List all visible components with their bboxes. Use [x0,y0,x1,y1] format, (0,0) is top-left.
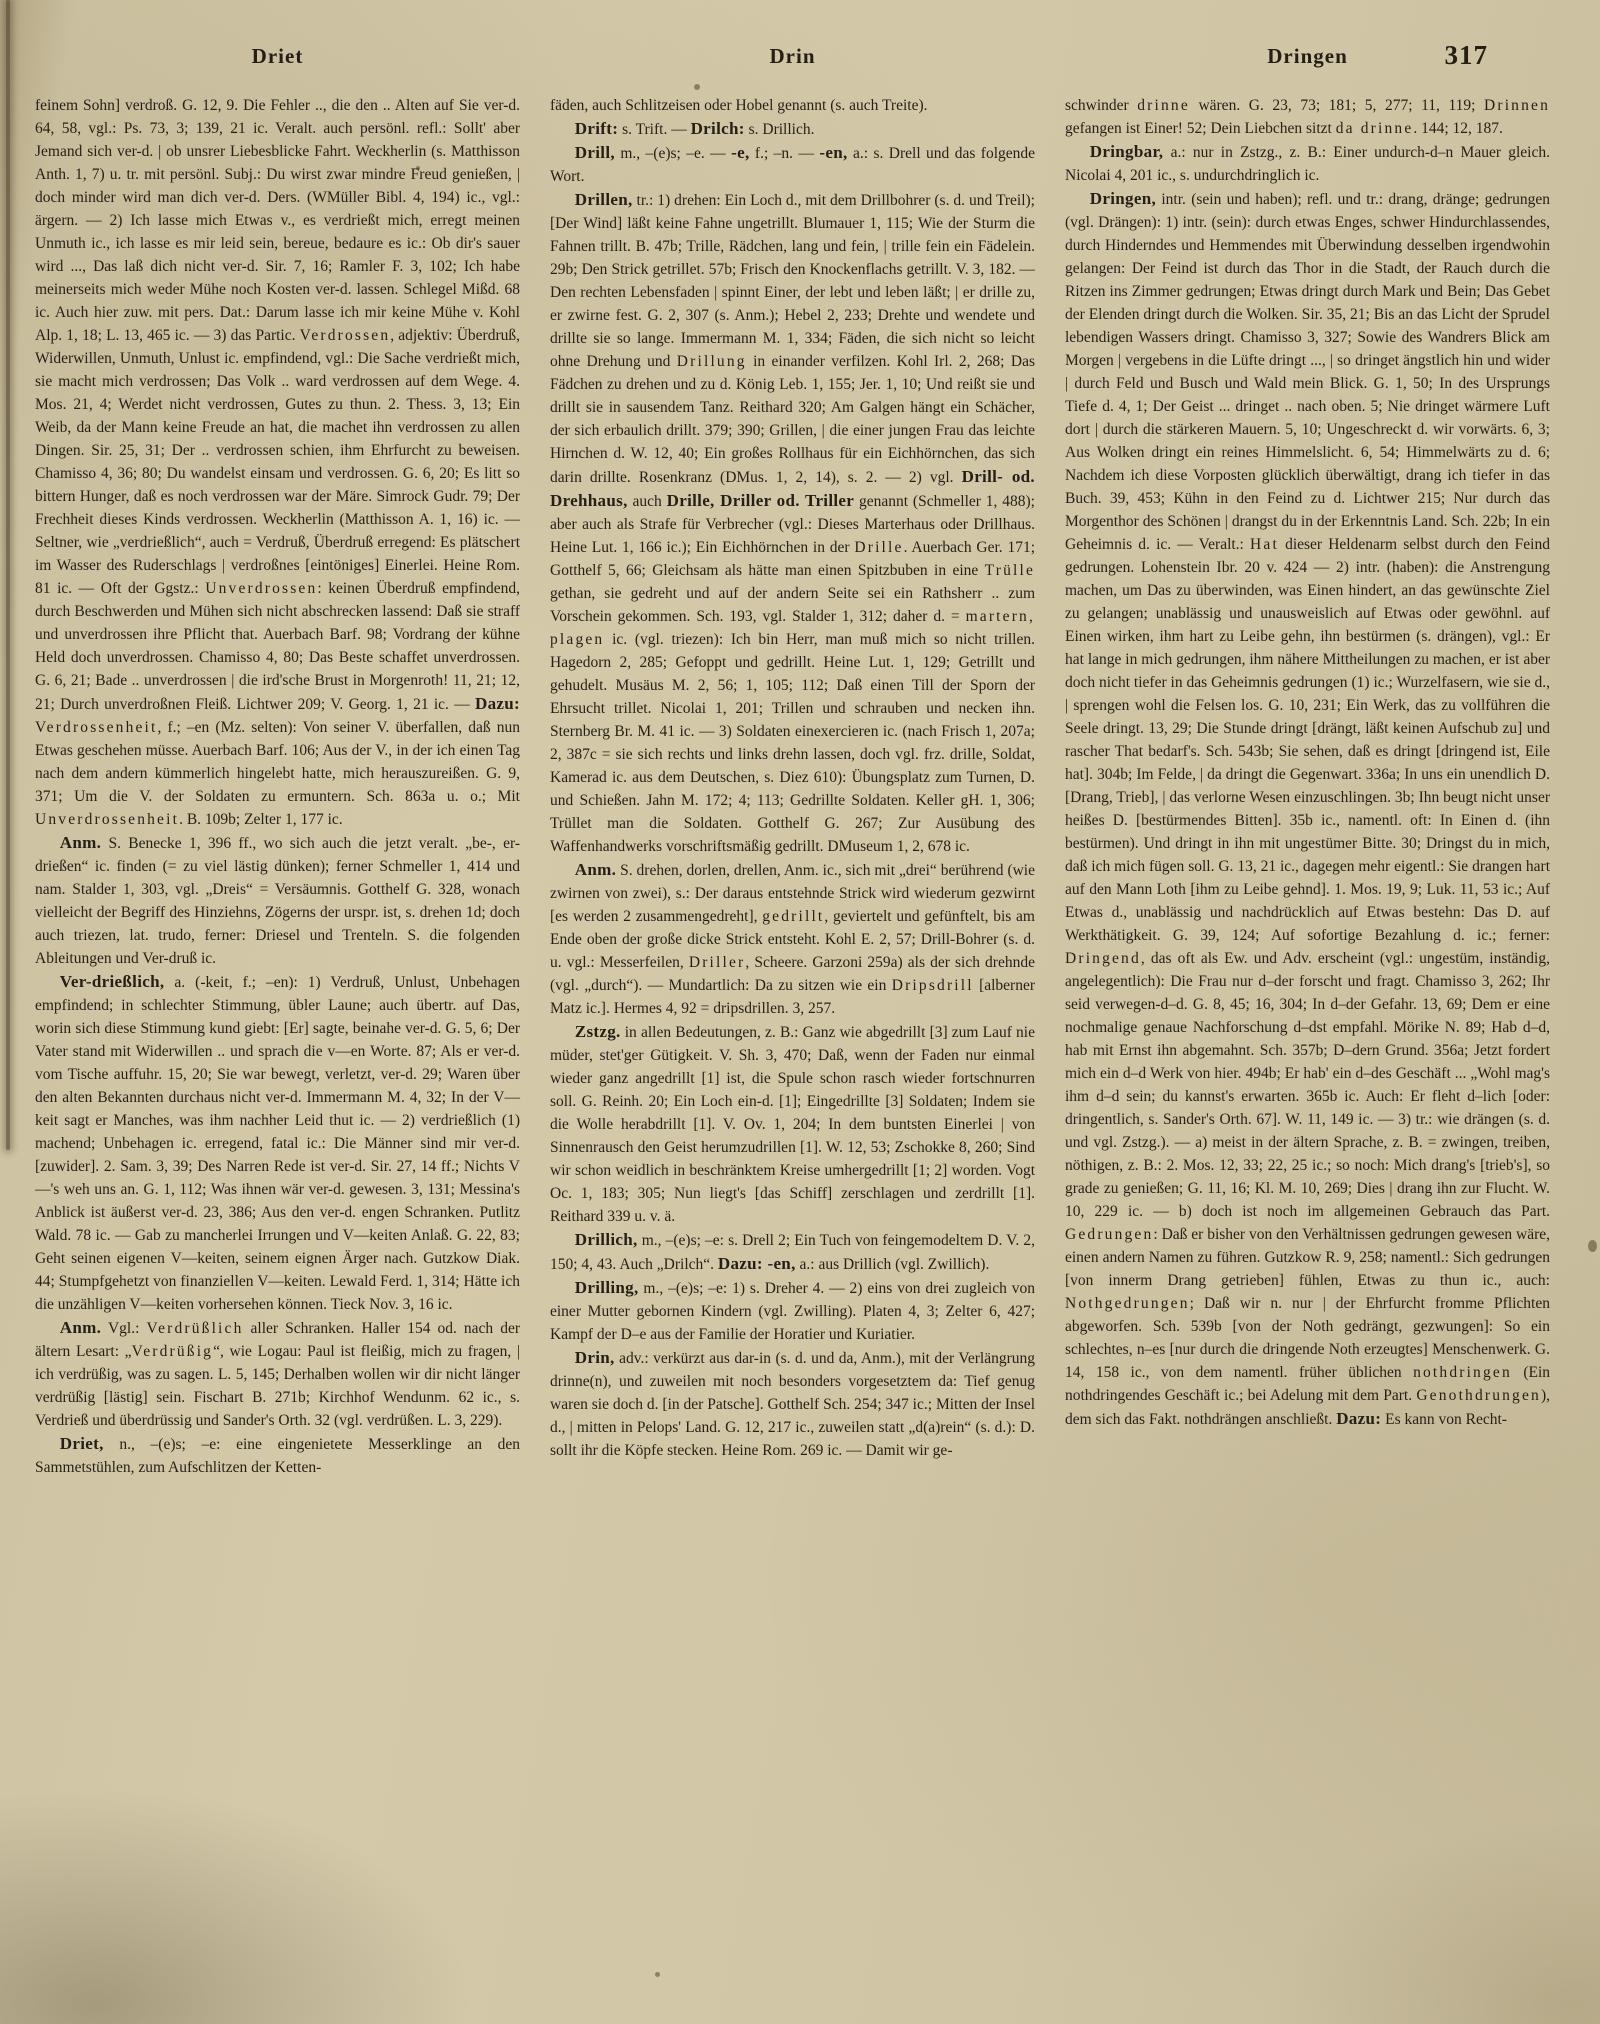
text-segment: Es kann von Recht- [1381,1411,1507,1428]
dictionary-paragraph: schwinder drinne wären. G. 23, 73; 181; … [1065,94,1550,140]
text-segment: schwinder [1065,97,1137,114]
scanned-page-background: Driet Drin Dringen 317 feinem Sohn] verd… [0,0,1600,2024]
text-segment: ic. (vgl. triezen): Ich bin Herr, man mu… [550,631,1035,855]
page-number: 317 [1445,40,1489,71]
dictionary-paragraph: Anm. S. drehen, dorlen, drellen, Anm. ic… [550,858,1035,1020]
text-segment: gethan, sie gedreht und auf der andern S… [550,585,1035,625]
entry-headword: Drilch: [691,119,745,138]
text-segment: Verdrüßig [132,1343,214,1360]
text-segment: . 144; 12, 187. [1413,120,1503,137]
text-segment: Verdrossenheit [35,719,158,736]
text-segment: s. Drillich. [745,121,815,138]
text-segment: Gedrungen [1065,1226,1153,1243]
dictionary-paragraph: Drillen, tr.: 1) drehen: Ein Loch d., mi… [550,188,1035,858]
text-segment: nothdringen [1413,1364,1512,1381]
running-head: Driet Drin Dringen [35,44,1550,80]
ink-speck [694,84,700,90]
text-segment: intr. (sein und haben); refl. und tr.: d… [1065,191,1550,553]
text-segment: a. (-keit, f.; –en): 1) Verdruß, Unlust,… [35,974,520,1313]
entry-headword: Dringbar, [1090,142,1164,161]
entry-headword: Drin, [575,1348,615,1367]
dictionary-paragraph: Anm. S. Benecke 1, 396 ff., wo sich auch… [35,831,520,970]
text-segment: a.: aus Drillich (vgl. Zwillich). [796,1256,990,1273]
text-segment: Dringend [1065,950,1141,967]
entry-headword: Drillen, [575,190,633,209]
text-segment: Trülle [985,562,1035,579]
text-segment: Dripsdrill [892,977,974,994]
text-segment: drinne [1137,97,1190,114]
text-segment: Drille [854,539,903,556]
dictionary-paragraph: Anm. Vgl.: Verdrüßlich aller Schranken. … [35,1316,520,1432]
text-segment: Verdrossen [300,327,391,344]
entry-headword: Drillich, [575,1230,638,1249]
text-segment: auch [628,493,667,510]
entry-headword: Zstzg. [575,1022,621,1041]
dictionary-paragraph: Drin, adv.: verkürzt aus dar-in (s. d. u… [550,1346,1035,1462]
dictionary-text-columns: feinem Sohn] verdroß. G. 12, 9. Die Fehl… [35,94,1550,1479]
text-segment: , das oft als Ew. und Adv. erscheint (vg… [1065,950,1550,1220]
entry-headword: Drille, Driller od. Triller [667,491,854,510]
dictionary-paragraph: Drilling, m., –(e)s; –e: 1) s. Dreher 4.… [550,1276,1035,1346]
text-segment: , adjektiv: Überdruß, Widerwillen, Unmut… [35,327,520,597]
entry-headword: Dringen, [1090,189,1156,208]
text-segment: gefangen ist Einer! 52; Dein Liebchen si… [1065,120,1336,137]
entry-headword: Drift: [575,119,618,138]
dictionary-paragraph: Drillich, m., –(e)s; –e: s. Drell 2; Ein… [550,1228,1035,1276]
dictionary-paragraph: Dringbar, a.: nur in Zstzg., z. B.: Eine… [1065,140,1550,187]
entry-headword: Ver-drießlich, [60,972,165,991]
column-left: feinem Sohn] verdroß. G. 12, 9. Die Fehl… [35,94,520,1479]
column-header-left: Driet [35,44,520,80]
entry-headword: -e, [731,143,749,162]
text-segment: Genothdrungen [1416,1387,1541,1404]
entry-headword: Driet, [60,1434,104,1453]
entry-headword: Anm. [575,860,616,879]
text-segment: Unverdrossen [205,580,317,597]
dictionary-paragraph: feinem Sohn] verdroß. G. 12, 9. Die Fehl… [35,94,520,831]
text-segment: . B. 109b; Zelter 1, 177 ic. [179,811,343,828]
dictionary-paragraph: Zstzg. in allen Bedeutungen, z. B.: Ganz… [550,1020,1035,1228]
dictionary-paragraph: Drift: s. Trift. — Drilch: s. Drillich. [550,117,1035,141]
column-right: schwinder drinne wären. G. 23, 73; 181; … [1065,94,1550,1479]
text-segment: f.; –n. — [750,145,820,162]
text-segment: in allen Bedeutungen, z. B.: Ganz wie ab… [550,1024,1035,1225]
text-segment: da drinne [1336,120,1414,137]
text-segment: Drillung [677,353,747,370]
text-segment: feinem Sohn] verdroß. G. 12, 9. Die Fehl… [35,97,520,344]
text-segment: Verdrüßlich [146,1320,243,1337]
text-segment: s. Trift. — [618,121,690,138]
text-segment: adv.: verkürzt aus dar-in (s. d. und da,… [550,1350,1035,1459]
text-segment: Hat [1250,536,1279,553]
text-segment: tr.: 1) drehen: Ein Loch d., mit dem Dri… [550,192,1035,370]
text-segment: fäden, auch Schlitzeisen oder Hobel gena… [550,97,927,114]
column-header-center: Drin [550,44,1035,80]
entry-headword: Drill, [575,143,615,162]
entry-headword: Anm. [60,833,101,852]
text-segment: Nothgedrungen [1065,1295,1190,1312]
entry-headword: Dazu: [1336,1409,1381,1428]
text-segment: dieser Heldenarm selbst durch den Feind … [1065,536,1550,944]
text-segment: Vgl.: [101,1320,146,1337]
ink-speck [655,1972,660,1977]
text-segment: gedrillt [762,908,824,925]
ink-speck [1588,1240,1597,1252]
text-segment: Drinnen [1484,97,1550,114]
dictionary-paragraph: fäden, auch Schlitzeisen oder Hobel gena… [550,94,1035,117]
entry-headword: Anm. [60,1318,101,1337]
dictionary-paragraph: Drill, m., –(e)s; –e. — -e, f.; –n. — -e… [550,141,1035,188]
dictionary-paragraph: Ver-drießlich, a. (-keit, f.; –en): 1) V… [35,970,520,1316]
text-segment: Driller [689,954,746,971]
text-segment: n., –(e)s; –e: eine eingenietete Messerk… [35,1436,520,1476]
text-segment: Unverdrossenheit [35,811,179,828]
entry-headword: Drilling, [575,1278,639,1297]
entry-headword: Dazu: -en, [718,1254,796,1273]
text-segment: S. Benecke 1, 396 ff., wo sich auch die … [35,835,520,967]
text-segment: m., –(e)s; –e. — [615,145,731,162]
dictionary-paragraph: Dringen, intr. (sein und haben); refl. u… [1065,187,1550,1431]
text-segment: : keinen Überdruß empfindend, durch Besc… [35,580,520,713]
text-segment: wären. G. 23, 73; 181; 5, 277; 11, 119; [1190,97,1484,114]
dictionary-paragraph: Driet, n., –(e)s; –e: eine eingenietete … [35,1432,520,1479]
entry-headword: -en, [819,143,847,162]
entry-headword: Dazu: [475,694,520,713]
book-gutter-shadow [6,0,10,1150]
column-center: fäden, auch Schlitzeisen oder Hobel gena… [550,94,1035,1479]
